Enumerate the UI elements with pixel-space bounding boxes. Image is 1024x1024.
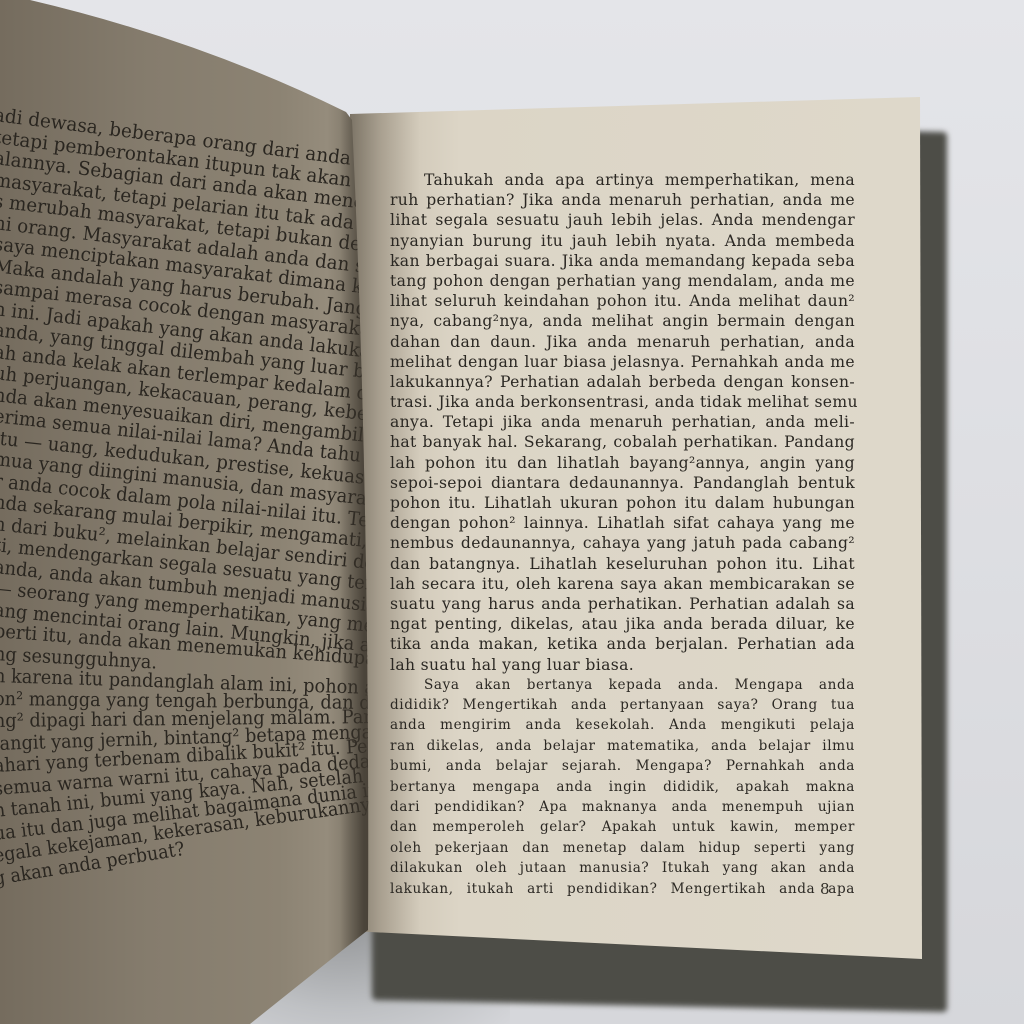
left-page-text: adi dewasa, beberapa orang dari anda aka… bbox=[0, 105, 374, 890]
text-line: melihat dengan luar biasa jelasnya. Pern… bbox=[390, 352, 855, 372]
text-line: bertanya mengapa anda ingin dididik, apa… bbox=[390, 777, 855, 797]
text-line: lakukan, itukah arti pendidikan? Mengert… bbox=[390, 879, 855, 899]
text-line: trasi. Jika anda berkonsentrasi, anda ti… bbox=[390, 392, 855, 412]
text-line: hat banyak hal. Sekarang, cobalah perhat… bbox=[390, 432, 855, 452]
text-line: Saya akan bertanya kepada anda. Mengapa … bbox=[390, 675, 855, 695]
paragraph-2: Saya akan bertanya kepada anda. Mengapa … bbox=[390, 675, 855, 899]
text-line: oleh pekerjaan dan menetap dalam hidup s… bbox=[390, 838, 855, 858]
text-line: tika anda makan, ketika anda berjalan. P… bbox=[390, 634, 855, 654]
text-line: ran dikelas, anda belajar matematika, an… bbox=[390, 736, 855, 756]
text-line: nyanyian burung itu jauh lebih nyata. An… bbox=[390, 231, 855, 251]
text-line: dan memperoleh gelar? Apakah untuk kawin… bbox=[390, 817, 855, 837]
text-line: dan batangnya. Lihatlah keseluruhan poho… bbox=[390, 554, 855, 574]
book-photo: Tahukah anda apa artinya memperhatikan, … bbox=[0, 0, 1024, 1024]
text-line: bumi, anda belajar sejarah. Mengapa? Per… bbox=[390, 756, 855, 776]
text-line: anya. Tetapi jika anda menaruh perhatian… bbox=[390, 412, 855, 432]
text-line: lakukannya? Perhatian adalah berbeda den… bbox=[390, 372, 855, 392]
text-line: anda mengirim anda kesekolah. Anda mengi… bbox=[390, 715, 855, 735]
text-line: lah suatu hal yang luar biasa. bbox=[390, 655, 855, 675]
text-line: lah pohon itu dan lihatlah bayang²annya,… bbox=[390, 453, 855, 473]
text-line: sepoi-sepoi diantara dedaunannya. Pandan… bbox=[390, 473, 855, 493]
paragraph-1: Tahukah anda apa artinya memperhatikan, … bbox=[390, 170, 855, 675]
left-page: adi dewasa, beberapa orang dari anda aka… bbox=[0, 0, 372, 1024]
text-line: nya, cabang²nya, anda melihat angin berm… bbox=[390, 311, 855, 331]
text-line: dahan dan daun. Jika anda menaruh perhat… bbox=[390, 332, 855, 352]
page-number: 8 bbox=[820, 880, 830, 898]
text-line: ngat penting, dikelas, atau jika anda be… bbox=[390, 614, 855, 634]
right-page-text: Tahukah anda apa artinya memperhatikan, … bbox=[390, 170, 855, 899]
text-line: dengan pohon² lainnya. Lihatlah sifat ca… bbox=[390, 513, 855, 533]
text-line: dilakukan oleh jutaan manusia? Itukah ya… bbox=[390, 858, 855, 878]
text-line: nembus dedaunannya, cahaya yang jatuh pa… bbox=[390, 533, 855, 553]
text-line: dididik? Mengertikah anda pertanyaan say… bbox=[390, 695, 855, 715]
text-line: dari pendidikan? Apa maknanya anda menem… bbox=[390, 797, 855, 817]
text-line: kan berbagai suara. Jika anda memandang … bbox=[390, 251, 855, 271]
text-line: tang pohon dengan perhatian yang mendala… bbox=[390, 271, 855, 291]
text-line: pohon itu. Lihatlah ukuran pohon itu dal… bbox=[390, 493, 855, 513]
text-line: ruh perhatian? Jika anda menaruh perhati… bbox=[390, 190, 855, 210]
text-line: lihat segala sesuatu jauh lebih jelas. A… bbox=[390, 210, 855, 230]
text-line: lihat seluruh keindahan pohon itu. Anda … bbox=[390, 291, 855, 311]
text-line: Tahukah anda apa artinya memperhatikan, … bbox=[390, 170, 855, 190]
text-line: lah secara itu, oleh karena saya akan me… bbox=[390, 574, 855, 594]
text-line: suatu yang harus anda perhatikan. Perhat… bbox=[390, 594, 855, 614]
